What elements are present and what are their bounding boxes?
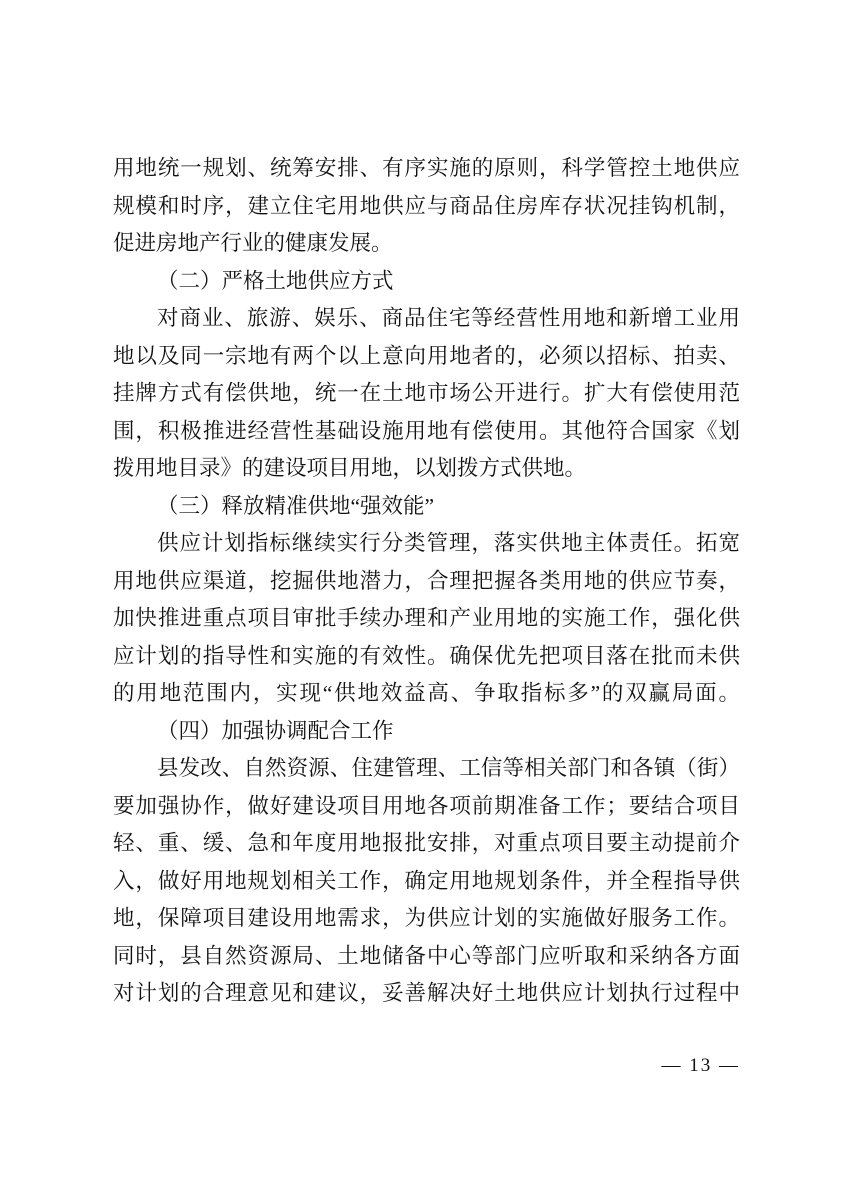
- page-number: — 13 —: [662, 1052, 741, 1080]
- text-line: 挂牌方式有偿供地，统一在土地市场公开进行。扩大有偿使用范: [113, 375, 740, 413]
- text-line: 县发改、自然资源、住建管理、工信等相关部门和各镇（街）: [113, 750, 740, 788]
- document-page: 用地统一规划、统筹安排、有序实施的原则，科学管控土地供应规模和时序，建立住宅用地…: [0, 0, 842, 1190]
- text-line: 的用地范围内，实现“供地效益高、争取指标多”的双赢局面。: [113, 675, 740, 713]
- text-line: 用地统一规划、统筹安排、有序实施的原则，科学管控土地供应: [113, 150, 740, 188]
- text-line: 轻、重、缓、急和年度用地报批安排，对重点项目要主动提前介: [113, 825, 740, 863]
- text-line: 应计划的指导性和实施的有效性。确保优先把项目落在批而未供: [113, 638, 740, 676]
- text-line: 用地供应渠道，挖掘供地潜力，合理把握各类用地的供应节奏，: [113, 563, 740, 601]
- text-line: 拨用地目录》的建设项目用地，以划拨方式供地。: [113, 450, 740, 488]
- section-heading: （三）释放精准供地“强效能”: [113, 488, 740, 526]
- text-line: 地，保障项目建设用地需求，为供应计划的实施做好服务工作。: [113, 900, 740, 938]
- text-line: 对计划的合理意见和建议，妥善解决好土地供应计划执行过程中: [113, 975, 740, 1013]
- text-line: 对商业、旅游、娱乐、商品住宅等经营性用地和新增工业用: [113, 300, 740, 338]
- text-line: 地以及同一宗地有两个以上意向用地者的，必须以招标、拍卖、: [113, 338, 740, 376]
- text-line: 规模和时序，建立住宅用地供应与商品住房库存状况挂钩机制，: [113, 188, 740, 226]
- section-heading: （四）加强协调配合工作: [113, 713, 740, 751]
- text-line: 同时，县自然资源局、土地储备中心等部门应听取和采纳各方面: [113, 938, 740, 976]
- document-body: 用地统一规划、统筹安排、有序实施的原则，科学管控土地供应规模和时序，建立住宅用地…: [113, 150, 740, 1013]
- text-line: 促进房地产行业的健康发展。: [113, 225, 740, 263]
- text-line: 供应计划指标继续实行分类管理，落实供地主体责任。拓宽: [113, 525, 740, 563]
- section-heading: （二）严格土地供应方式: [113, 263, 740, 301]
- text-line: 入，做好用地规划相关工作，确定用地规划条件，并全程指导供: [113, 863, 740, 901]
- text-line: 围，积极推进经营性基础设施用地有偿使用。其他符合国家《划: [113, 413, 740, 451]
- text-line: 要加强协作，做好建设项目用地各项前期准备工作；要结合项目: [113, 788, 740, 826]
- text-line: 加快推进重点项目审批手续办理和产业用地的实施工作，强化供: [113, 600, 740, 638]
